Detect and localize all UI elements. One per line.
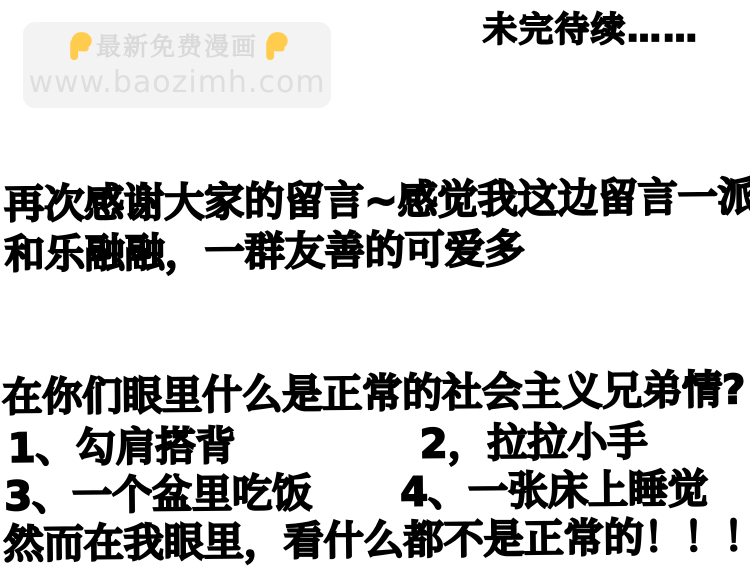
quiz-option-2: 2，拉拉小手 (419, 420, 647, 466)
watermark-url: www.baozimh.com (28, 65, 325, 101)
quiz-option-4: 4、一张床上睡觉 (400, 468, 708, 515)
author-message-line-1: 再次感谢大家的留言~感觉我这边留言一派 (4, 172, 750, 230)
pointing-down-icon (65, 30, 93, 64)
quiz-option-1: 1、勾肩搭背 (8, 425, 236, 471)
pointing-down-icon (261, 30, 289, 64)
watermark-title: 最新免费漫画 (96, 32, 258, 62)
quiz-option-3: 3、一个盆里吃饭 (4, 472, 312, 519)
quiz-punchline: 然而在我眼里，看什么都不是正常的！！！ (4, 515, 750, 567)
author-message-line-2: 和乐融融，一群友善的可爱多 (5, 222, 750, 280)
quiz-block: 在你们眼里什么是正常的社会主义兄弟情? 1、勾肩搭背 2，拉拉小手 3、一个盆里… (0, 360, 750, 578)
watermark-title-row: 最新免费漫画 (65, 30, 289, 64)
quiz-question: 在你们眼里什么是正常的社会主义兄弟情? (2, 368, 746, 420)
watermark-badge: 最新免费漫画 www.baozimh.com (23, 22, 331, 108)
to-be-continued-text: 未完待续…… (483, 2, 699, 51)
author-message: 再次感谢大家的留言~感觉我这边留言一派 和乐融融，一群友善的可爱多 (4, 172, 750, 280)
comic-end-page: 最新免费漫画 www.baozimh.com 未完待续…… 再次感谢大家的留言~… (0, 0, 750, 586)
